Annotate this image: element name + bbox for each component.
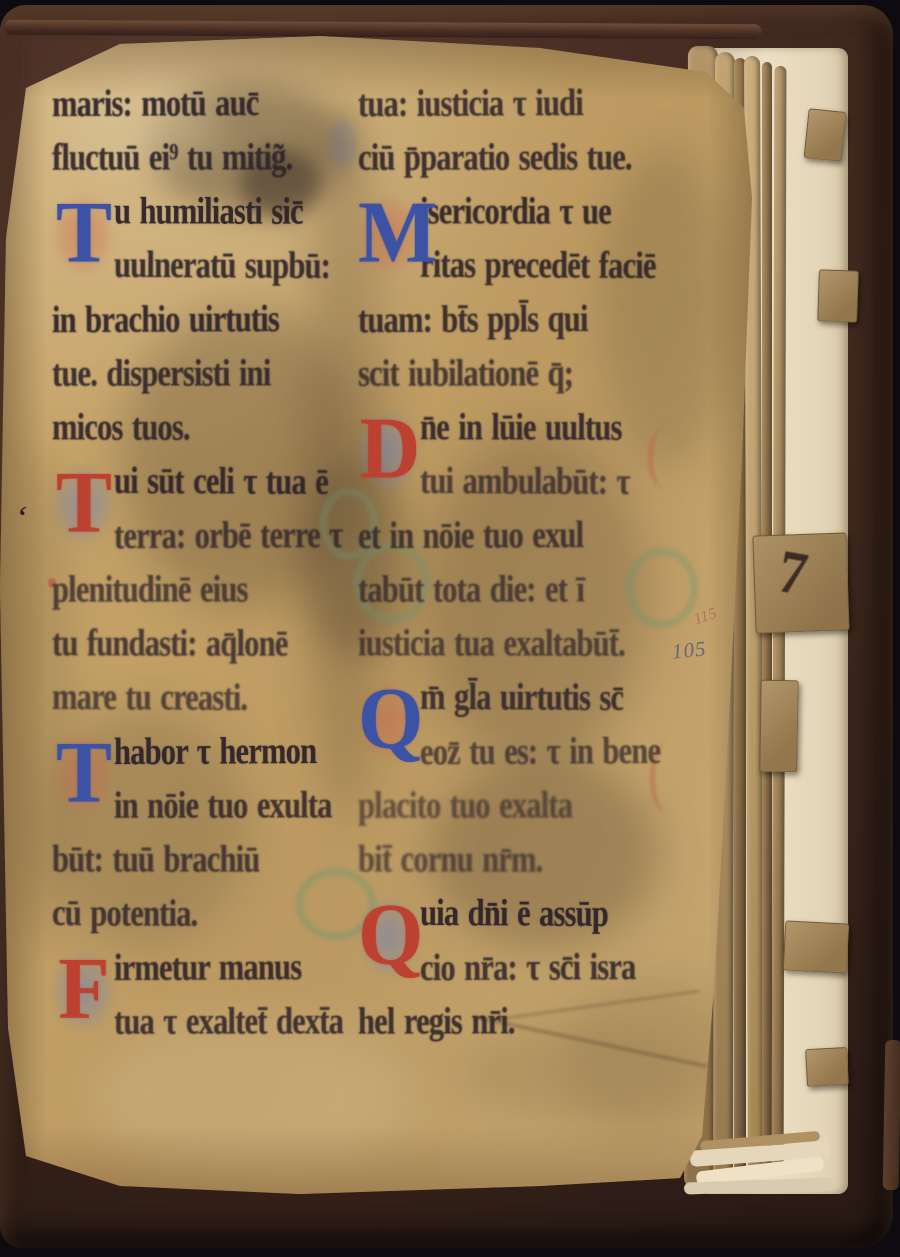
illuminated-initial: Q bbox=[358, 663, 422, 774]
text-line: būt: tuū brachiū bbox=[52, 838, 296, 892]
line-text: in brachio uirtutis bbox=[52, 296, 279, 342]
line-text: et in nōie tuo exul bbox=[358, 512, 583, 558]
text-line: tuam: bt̄s ppl̄s qui bbox=[358, 297, 628, 352]
text-line: plenitudinē eius bbox=[52, 568, 282, 622]
line-text: plenitudinē eius bbox=[52, 567, 248, 612]
text-line: n̄e in lūie uultus bbox=[420, 406, 657, 460]
fore-edge-tab bbox=[805, 1047, 849, 1087]
text-line: uulneratū supbū: bbox=[114, 243, 368, 298]
text-line: maris: motū auc̄ bbox=[52, 81, 295, 136]
text-line: tue. dispersisti ini bbox=[52, 352, 309, 406]
line-text: irmetur manus bbox=[114, 944, 302, 990]
text-line: ui sūt celi τ tua ē bbox=[114, 459, 366, 514]
text-line: tabūt tota die: et ī bbox=[358, 568, 624, 622]
fore-edge-tab: 7 bbox=[752, 532, 849, 633]
line-text: terra: orbē terre τ bbox=[114, 512, 343, 558]
line-text: tuam: bt̄s ppl̄s qui bbox=[358, 296, 588, 342]
line-text: tabūt tota die: et ī bbox=[358, 567, 584, 612]
line-text: fluctuū ei⁹ tu mitig̃. bbox=[52, 135, 292, 180]
text-line: irmetur manus bbox=[114, 945, 335, 1000]
text-line: tua τ exaltet̄ dext̄a bbox=[114, 1000, 384, 1054]
line-text: uulneratū supbū: bbox=[114, 242, 330, 288]
line-text: scit iubilationē q̄; bbox=[358, 351, 573, 396]
line-text: in nōie tuo exulta bbox=[114, 783, 332, 828]
line-text: u humiliasti sic̄ bbox=[114, 189, 303, 234]
text-line: tua: iusticia τ iudi bbox=[358, 81, 623, 136]
illuminated-initial: T bbox=[52, 717, 116, 828]
line-text: tua τ exaltet̄ dext̄a bbox=[114, 999, 343, 1044]
text-line: uia dn̄i ē assūp bbox=[420, 891, 641, 946]
line-text: hel regis nr̄i. bbox=[358, 999, 515, 1044]
fore-edge-tab bbox=[817, 269, 859, 322]
fore-edge-tab bbox=[759, 680, 799, 773]
illuminated-initial: T bbox=[52, 447, 116, 558]
line-text: būt: tuū brachiū bbox=[52, 837, 260, 882]
text-line: in brachio uirtutis bbox=[52, 297, 319, 352]
text-line: in nōie tuo exulta bbox=[114, 784, 370, 838]
line-text: uia dn̄i ē assūp bbox=[420, 890, 608, 936]
line-text: habor τ hermon bbox=[114, 728, 316, 774]
right-text-column: tua: iusticia τ iudiciū p̄paratio sedis … bbox=[358, 82, 670, 1077]
manuscript-photo: maris: motū auc̄fluctuū ei⁹ tu mitig̃.Tu… bbox=[0, 0, 900, 1257]
line-text: n̄e in lūie uultus bbox=[420, 405, 622, 450]
text-line: eoz̄ tu es: τ in bene bbox=[420, 729, 703, 784]
line-text: maris: motū auc̄ bbox=[52, 80, 259, 126]
line-text: cū potentia. bbox=[52, 890, 198, 935]
text-line: hel regis nr̄i. bbox=[358, 1000, 542, 1054]
illuminated-initial: Q bbox=[358, 879, 422, 990]
tab-number-mark: 7 bbox=[773, 536, 813, 610]
folio-number: 105 bbox=[671, 636, 708, 664]
line-text: ui sūt celi τ tua ē bbox=[114, 458, 328, 504]
line-text: iusticia tua exaltabūt̄. bbox=[358, 620, 625, 665]
line-text: tue. dispersisti ini bbox=[52, 351, 271, 396]
left-text-column: maris: motū auc̄fluctuū ei⁹ tu mitig̃.Tu… bbox=[52, 82, 364, 1077]
line-text: ritas precedēt faciē bbox=[420, 242, 656, 288]
illuminated-initial: T bbox=[52, 177, 116, 288]
text-line: tui ambulabūt: τ bbox=[420, 459, 667, 514]
text-line: tu fundasti: aq̄lonē bbox=[52, 622, 329, 676]
illuminated-initial: D bbox=[358, 393, 422, 504]
text-line: ritas precedēt faciē bbox=[420, 243, 697, 298]
text-line: placito tuo exalta bbox=[358, 784, 610, 838]
text-line: cio nr̄a: τ sc̄i isra bbox=[420, 945, 674, 1000]
illuminated-initial: F bbox=[52, 933, 116, 1044]
illuminated-initial: M bbox=[358, 177, 422, 288]
line-text: m̄ gl̄a uirtutis sc̄ bbox=[420, 674, 623, 720]
back-cover-edge bbox=[883, 1040, 900, 1190]
text-line: u humiliasti sic̄ bbox=[114, 190, 336, 244]
line-text: ciū p̄paratio sedis tue. bbox=[358, 135, 632, 180]
fore-edge-tab bbox=[803, 108, 846, 162]
text-line: m̄ gl̄a uirtutis sc̄ bbox=[420, 675, 659, 730]
line-text: isericordia τ ue bbox=[420, 189, 611, 234]
line-text: placito tuo exalta bbox=[358, 783, 572, 828]
text-line: terra: orbē terre τ bbox=[114, 513, 383, 568]
line-text: eoz̄ tu es: τ in bene bbox=[420, 728, 660, 774]
text-line: isericordia τ ue bbox=[420, 190, 645, 244]
line-text: tui ambulabūt: τ bbox=[420, 458, 630, 504]
line-text: mare tu creasti. bbox=[52, 674, 247, 720]
text-line: habor τ hermon bbox=[114, 729, 352, 784]
fore-edge-tab bbox=[783, 920, 850, 973]
line-text: bit̄ cornu nr̄m. bbox=[358, 837, 543, 882]
line-text: tu fundasti: aq̄lonē bbox=[52, 620, 288, 665]
line-text: micos tuos. bbox=[52, 405, 190, 450]
line-text: cio nr̄a: τ sc̄i isra bbox=[420, 944, 636, 990]
text-line: et in nōie tuo exul bbox=[358, 513, 623, 568]
line-text: tua: iusticia τ iudi bbox=[358, 80, 583, 126]
